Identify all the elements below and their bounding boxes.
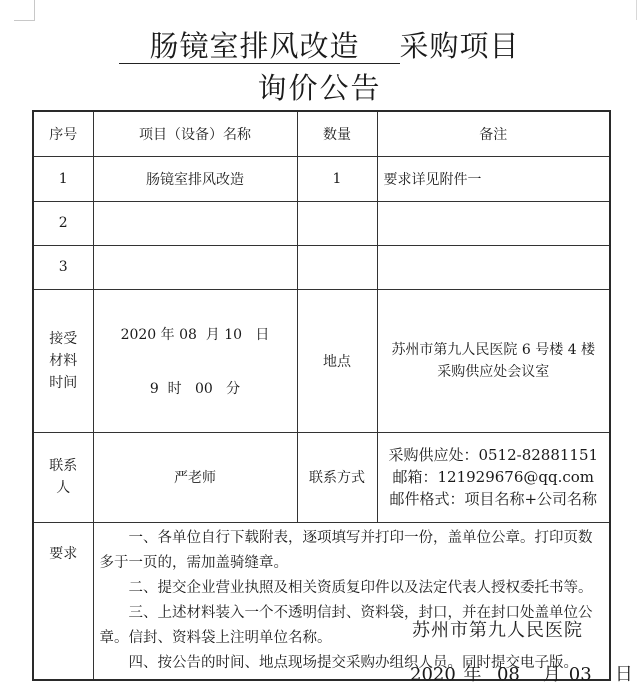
table-header-row: 序号 项目（设备）名称 数量 备注 [33, 111, 610, 156]
receive-time-row: 接受 材料 时间 2020 年 08 月 10 日 9 时 00 分 地点 苏州… [33, 289, 610, 432]
row-qty [297, 201, 377, 245]
contact-label: 联系 人 [33, 432, 93, 522]
row-name: 肠镜室排风改造 [93, 156, 297, 201]
requirement-item: 二、提交企业营业执照及相关资质复印件以及法定代表人授权委托书等。 [100, 576, 606, 601]
requirements-text: 一、各单位自行下载附表，逐项填写并打印一份，盖单位公章。打印页数多于一页的，需加… [93, 522, 610, 680]
row-qty: 1 [297, 156, 377, 201]
contact-email[interactable]: 邮箱：121929676@qq.com [378, 466, 610, 488]
table-row: 1 肠镜室排风改造 1 要求详见附件一 [33, 156, 610, 201]
issue-date: 2020 年 08 月 03 日 [410, 660, 633, 686]
page-corner-mark [14, 0, 35, 21]
row-note [377, 245, 610, 289]
header-no: 序号 [33, 111, 93, 156]
inquiry-table: 序号 项目（设备）名称 数量 备注 1 肠镜室排风改造 1 要求详见附件一 2 … [32, 110, 611, 681]
row-qty [297, 245, 377, 289]
header-note: 备注 [377, 111, 610, 156]
contact-row: 联系 人 严老师 联系方式 采购供应处：0512-82881151 邮箱：121… [33, 432, 610, 522]
issuer-name: 苏州市第九人民医院 [412, 616, 583, 642]
requirement-item: 一、各单位自行下载附表，逐项填写并打印一份，盖单位公章。打印页数多于一页的，需加… [100, 526, 606, 576]
contact-mail-format: 邮件格式：项目名称+公司名称 [378, 488, 610, 510]
location-label: 地点 [297, 289, 377, 432]
header-qty: 数量 [297, 111, 377, 156]
header-name: 项目（设备）名称 [93, 111, 297, 156]
contact-method-value: 采购供应处：0512-82881151 邮箱：121929676@qq.com … [377, 432, 610, 522]
contact-person: 严老师 [93, 432, 297, 522]
document-subtitle: 询价公告 [0, 66, 639, 107]
document-title: 肠镜室排风改造采购项目 [0, 24, 639, 65]
row-note: 要求详见附件一 [377, 156, 610, 201]
row-name [93, 201, 297, 245]
project-name: 肠镜室排风改造 [119, 29, 399, 64]
receive-label: 接受 材料 时间 [33, 289, 93, 432]
row-no: 2 [33, 201, 93, 245]
row-no: 3 [33, 245, 93, 289]
table-row: 3 [33, 245, 610, 289]
receive-time: 2020 年 08 月 10 日 9 时 00 分 [93, 289, 297, 432]
row-note [377, 201, 610, 245]
title-suffix: 采购项目 [400, 29, 520, 63]
table-row: 2 [33, 201, 610, 245]
row-name [93, 245, 297, 289]
location-value: 苏州市第九人民医院 6 号楼 4 楼 采购供应处会议室 [377, 289, 610, 432]
requirements-row: 要求 一、各单位自行下载附表，逐项填写并打印一份，盖单位公章。打印页数多于一页的… [33, 522, 610, 680]
row-no: 1 [33, 156, 93, 201]
contact-phone: 采购供应处：0512-82881151 [378, 444, 610, 466]
requirements-label: 要求 [33, 522, 93, 680]
contact-method-label: 联系方式 [297, 432, 377, 522]
